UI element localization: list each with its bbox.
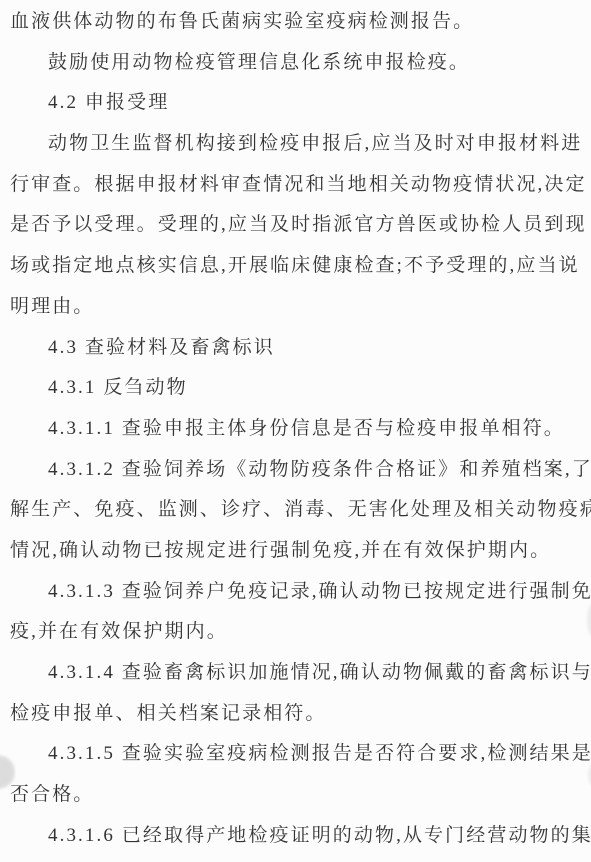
text-line: 是否予以受理。受理的,应当及时指派官方兽医或协检人员到现 xyxy=(10,205,591,246)
text-line: 4.3.1.3 查验饲养户免疫记录,确认动物已按规定进行强制免 xyxy=(10,572,591,613)
text-line: 行审查。根据申报材料审查情况和当地相关动物疫情状况,决定 xyxy=(10,165,591,206)
document-text-block: 血液供体动物的布鲁氏菌病实验室疫病检测报告。 鼓励使用动物检疫管理信息化系统申报… xyxy=(10,2,591,856)
text-line: 4.3.1.1 查验申报主体身份信息是否与检疫申报单相符。 xyxy=(10,409,591,450)
text-line: 鼓励使用动物检疫管理信息化系统申报检疫。 xyxy=(10,43,591,84)
text-line: 4.3.1.2 查验饲养场《动物防疫条件合格证》和养殖档案,了 xyxy=(10,450,591,491)
section-heading: 4.3.1 反刍动物 xyxy=(10,368,591,409)
text-line: 4.3.1.5 查验实验室疫病检测报告是否符合要求,检测结果是 xyxy=(10,734,591,775)
text-line: 4.3.1.4 查验畜禽标识加施情况,确认动物佩戴的畜禽标识与 xyxy=(10,653,591,694)
section-heading: 4.3 查验材料及畜禽标识 xyxy=(10,328,591,369)
text-line: 疫,并在有效保护期内。 xyxy=(10,612,591,653)
text-line: 4.3.1.6 已经取得产地检疫证明的动物,从专门经营动物的集 xyxy=(10,816,591,857)
text-line: 场或指定地点核实信息,开展临床健康检查;不予受理的,应当说 xyxy=(10,246,591,287)
text-line: 明理由。 xyxy=(10,287,591,328)
text-line: 动物卫生监督机构接到检疫申报后,应当及时对申报材料进 xyxy=(10,124,591,165)
text-line: 检疫申报单、相关档案记录相符。 xyxy=(10,694,591,735)
text-line: 解生产、免疫、监测、诊疗、消毒、无害化处理及相关动物疫病发生 xyxy=(10,490,591,531)
document-page: 血液供体动物的布鲁氏菌病实验室疫病检测报告。 鼓励使用动物检疫管理信息化系统申报… xyxy=(0,0,591,862)
text-line: 血液供体动物的布鲁氏菌病实验室疫病检测报告。 xyxy=(10,2,591,43)
text-line: 否合格。 xyxy=(10,775,591,816)
text-line: 情况,确认动物已按规定进行强制免疫,并在有效保护期内。 xyxy=(10,531,591,572)
section-heading: 4.2 申报受理 xyxy=(10,83,591,124)
